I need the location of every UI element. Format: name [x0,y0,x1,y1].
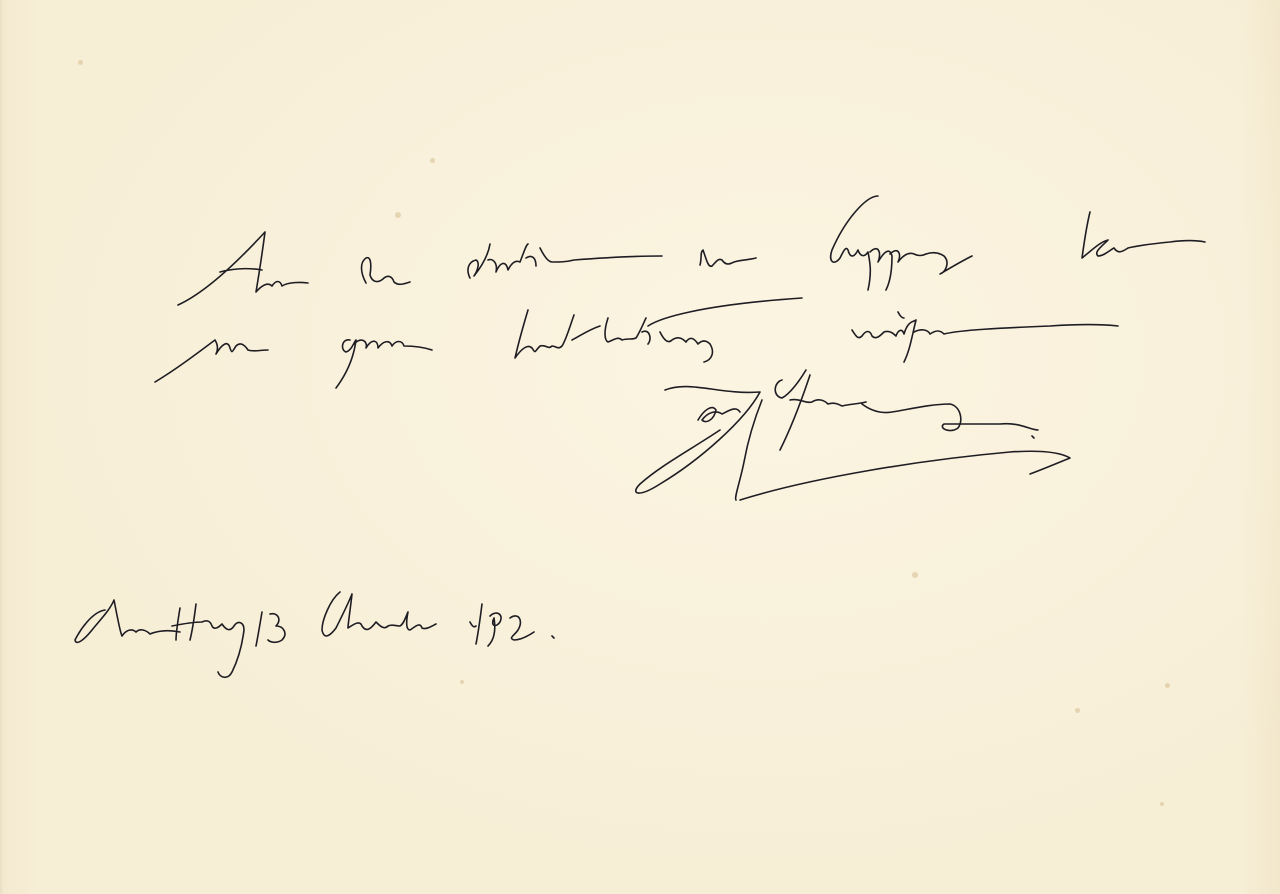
place-date-ink [75,592,554,677]
body-line-2-ink [155,298,1118,388]
signature-ink [636,370,1070,500]
body-line-1-ink [178,196,1205,305]
paper-sheet: Aan de dochter van Cuypers kan men geene… [0,0,1280,894]
handwriting-ink [0,0,1280,894]
